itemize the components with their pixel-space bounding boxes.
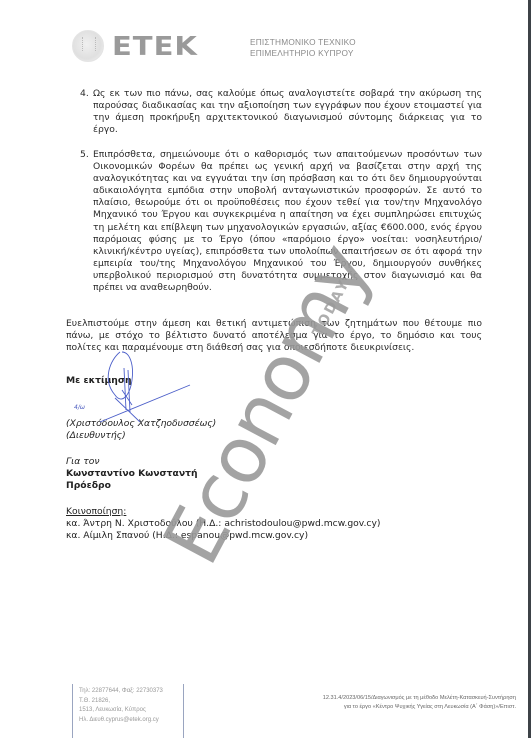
recipient-prefix: Για τον — [66, 456, 100, 468]
recipient-name: Κωνσταντίνο Κωνσταντή — [66, 468, 198, 480]
signatory-title: (Διευθυντής) — [66, 430, 126, 442]
list-number: 5. — [80, 149, 89, 161]
list-item-5: 5. Επιπρόσθετα, σημειώνουμε ότι ο καθορι… — [80, 149, 482, 294]
footer-reference: 12.31.4/2023/06/15/Διαγωνισμός με τη μέθ… — [236, 694, 516, 711]
cc-entry-1: κα. Άντρη Ν. Χριστοδούλου (Η.Δ.: achrist… — [66, 518, 381, 530]
regards: Με εκτίμηση — [66, 375, 132, 387]
list-text: Επιπρόσθετα, σημειώνουμε ότι ο καθορισμό… — [93, 149, 482, 294]
footer-contact: Τηλ: 22877644, Φαξ: 22730373 Τ.Θ. 21826,… — [79, 687, 163, 725]
etek-logo: ΕΤΕΚ — [112, 33, 198, 60]
etek-seal-logo-icon — [72, 30, 104, 62]
list-text: Ως εκ των πιο πάνω, σας καλούμε όπως ανα… — [93, 88, 482, 136]
organization-name: ΕΠΙΣΤΗΜΟΝΙΚΟ ΤΕΧΝΙΚΟ ΕΠΙΜΕΛΗΤΗΡΙΟ ΚΥΠΡΟΥ — [250, 37, 356, 59]
org-name-line-2: ΕΠΙΜΕΛΗΤΗΡΙΟ ΚΥΠΡΟΥ — [250, 48, 356, 59]
footer-reference-line-2: για το έργο «Κέντρο Ψυχικής Υγείας στη Λ… — [236, 703, 516, 712]
footer-address: 1513, Λευκωσία, Κύπρος — [79, 706, 163, 716]
footer-reference-line-1: 12.31.4/2023/06/15/Διαγωνισμός με τη μέθ… — [236, 694, 516, 703]
initials: 4/ω — [74, 402, 85, 414]
footer-po-box: Τ.Θ. 21826, — [79, 697, 163, 707]
list-item-4: 4. Ως εκ των πιο πάνω, σας καλούμε όπως … — [80, 88, 482, 136]
footer-email: Ηλ. Διευθ.cyprus@etek.org.cy — [79, 716, 163, 726]
cc-entry-2: κα. Αίμιλη Σπανού (Η.Δ.: espanou@pwd.mcw… — [66, 530, 308, 542]
list-number: 4. — [80, 88, 89, 100]
cc-label: Κοινοποίηση: — [66, 506, 126, 518]
letter-page: ΕΤΕΚ ΕΠΙΣΤΗΜΟΝΙΚΟ ΤΕΧΝΙΚΟ ΕΠΙΜΕΛΗΤΗΡΙΟ Κ… — [0, 0, 528, 738]
recipient-title: Πρόεδρο — [66, 480, 111, 492]
footer-phone-fax: Τηλ: 22877644, Φαξ: 22730373 — [79, 687, 163, 697]
org-name-line-1: ΕΠΙΣΤΗΜΟΝΙΚΟ ΤΕΧΝΙΚΟ — [250, 37, 356, 48]
signatory-name: (Χριστόδουλος Χατζηοδυσσέως) — [66, 418, 216, 430]
closing-paragraph: Ευελπιστούμε στην άμεση και θετική αντιμ… — [66, 318, 482, 354]
